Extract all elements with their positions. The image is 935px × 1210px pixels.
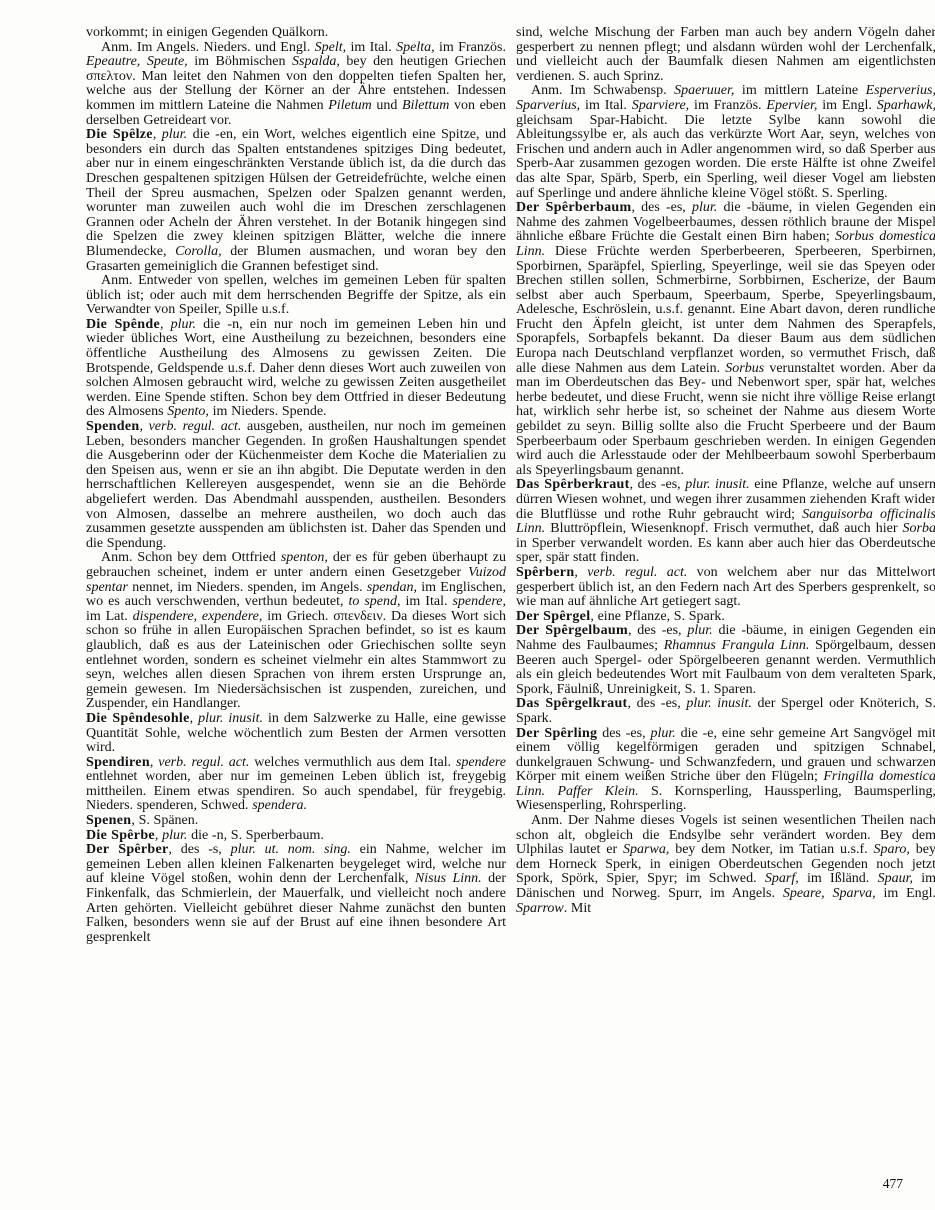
text-run: im Griech. σπενδειν. Da dieses Wort sich…	[86, 609, 506, 712]
headword: Die Spêndesohle	[86, 711, 190, 726]
text-run: im Böhmischen	[188, 54, 292, 69]
headword: Der Spêrling	[516, 726, 597, 741]
entry-paragraph: Spendiren, verb. regul. act. welches ver…	[86, 756, 506, 814]
right-column: sind, welche Mischung der Farben man auc…	[516, 26, 935, 945]
text-run: welches vermuthlich aus dem Ital.	[249, 755, 456, 770]
entry-paragraph: Der Spêrgelbaum, des -es, plur. die -bäu…	[516, 624, 935, 697]
text-run: , des -es,	[628, 623, 687, 638]
italic-run: plur.	[692, 200, 717, 215]
entry-paragraph: Der Spêrberbaum, des -es, plur. die -bäu…	[516, 201, 935, 478]
italic-run: Sparhawk,	[877, 98, 935, 113]
italic-run: spendere	[456, 755, 506, 770]
text-run: nennet, im Nieders. spenden, im Angels.	[128, 580, 367, 595]
text-run: , des -es,	[630, 477, 686, 492]
headword: Der Spêrberbaum	[516, 200, 631, 215]
italic-run: Spento,	[167, 404, 209, 419]
headword: Der Spêrgel	[516, 609, 590, 624]
text-run: im Ital.	[401, 594, 453, 609]
text-run: die -n, S. Sperberbaum.	[187, 828, 324, 843]
text-run: im Französ.	[689, 98, 766, 113]
entry-paragraph: Spenen, S. Spänen.	[86, 814, 506, 829]
headword: Das Spêrgelkraut	[516, 696, 628, 711]
text-run: gleichsam Spar-Habicht. Die letzte Sylbe…	[516, 113, 935, 201]
headword: Die Spêlze	[86, 127, 153, 142]
text-columns: vorkommt; in einigen Gegenden Quälkorn.A…	[86, 26, 935, 945]
italic-run: Spaur,	[878, 871, 913, 886]
text-run: im Nieders. Spende.	[209, 404, 327, 419]
text-run: im mittlern Lateine	[734, 83, 865, 98]
text-run: vorkommt; in einigen Gegenden Quälkorn.	[86, 25, 328, 40]
entry-paragraph: Die Spêndesohle, plur. inusit. in dem Sa…	[86, 712, 506, 756]
text-run: , des -es,	[631, 200, 692, 215]
headword: Die Spêrbe	[86, 828, 155, 843]
entry-paragraph: Der Spêrling des -es, plur. die -e, eine…	[516, 727, 935, 815]
text-run: ,	[150, 755, 158, 770]
entry-paragraph: Spenden, verb. regul. act. ausgeben, aus…	[86, 420, 506, 551]
text-run: im Lat.	[86, 609, 133, 624]
italic-run: spendan,	[367, 580, 417, 595]
text-run: Anm. Schon bey dem Ottfried	[101, 550, 281, 565]
text-run: . Mit	[564, 901, 591, 916]
italic-run: plur. inusit.	[686, 696, 752, 711]
text-run: im Ißländ.	[799, 871, 878, 886]
headword: Spenen	[86, 813, 131, 828]
annotation-paragraph: Anm. Im Schwabensp. Spaeruuer, im mittle…	[516, 84, 935, 201]
text-run: ,	[160, 317, 171, 332]
text-run: , des -es,	[628, 696, 687, 711]
text-run: ,	[153, 127, 162, 142]
page-number: 477	[883, 1176, 903, 1192]
entry-paragraph: Die Spêrbe, plur. die -n, S. Sperberbaum…	[86, 829, 506, 844]
italic-run: plur.	[162, 828, 187, 843]
text-run: Anm. Im Schwabensp.	[531, 83, 674, 98]
text-run: in Sperber verwandelt worden. Es kann ab…	[516, 536, 935, 566]
entry-paragraph: Spêrbern, verb. regul. act. von welchem …	[516, 566, 935, 610]
text-run: im Engl.	[876, 886, 935, 901]
annotation-paragraph: Anm. Schon bey dem Ottfried spenton, der…	[86, 551, 506, 712]
text-run: , S. Spänen.	[131, 813, 198, 828]
text-run: im Engl.	[817, 98, 876, 113]
italic-run: plur. ut. nom. sing.	[231, 842, 351, 857]
text-run: Diese Früchte werden Sperberbeeren, Sper…	[516, 244, 935, 376]
text-run: im Französ.	[435, 40, 506, 55]
italic-run: dispendere, expendere,	[133, 609, 263, 624]
italic-run: Spelta,	[396, 40, 435, 55]
italic-run: spenton,	[281, 550, 328, 565]
text-run: und	[372, 98, 402, 113]
annotation-paragraph: Anm. Im Angels. Nieders. und Engl. Spelt…	[86, 41, 506, 129]
italic-run: Sparviere,	[632, 98, 689, 113]
italic-run: Epeautre, Speute,	[86, 54, 188, 69]
italic-run: Sorba	[903, 521, 935, 536]
text-run: sind, welche Mischung der Farben man auc…	[516, 25, 935, 84]
italic-run: verb. regul. act.	[149, 419, 242, 434]
italic-run: Sparf,	[765, 871, 799, 886]
text-run: Anm. Im Angels. Nieders. und Engl.	[101, 40, 315, 55]
italic-run: to spend,	[348, 594, 400, 609]
text-run: ausgeben, austheilen, nur noch im gemein…	[86, 419, 506, 551]
italic-run: verb. regul. act.	[587, 565, 687, 580]
italic-run: Corolla,	[175, 244, 222, 259]
entry-paragraph: Der Spêrgel, eine Pflanze, S. Spark.	[516, 610, 935, 625]
headword: Das Spêrberkraut	[516, 477, 630, 492]
headword: Der Spêrgelbaum	[516, 623, 628, 638]
italic-run: plur.	[171, 317, 196, 332]
annotation-paragraph: Anm. Entweder von spellen, welches im ge…	[86, 274, 506, 318]
italic-run: Sparwa,	[623, 842, 669, 857]
italic-run: Spaeruuer,	[674, 83, 734, 98]
entry-paragraph: Das Spêrgelkraut, des -es, plur. inusit.…	[516, 697, 935, 726]
italic-run: verb. regul. act.	[158, 755, 249, 770]
italic-run: Epervier,	[766, 98, 817, 113]
italic-run: Speare, Sparva,	[783, 886, 876, 901]
text-run: im Ital.	[346, 40, 396, 55]
text-run: bey dem Notker, im Tatian u.s.f.	[669, 842, 873, 857]
headword: Die Spênde	[86, 317, 160, 332]
italic-run: Rhamnus Frangula Linn.	[664, 638, 810, 653]
headword: Der Spêrber	[86, 842, 169, 857]
italic-run: Spelt,	[315, 40, 347, 55]
dictionary-page: vorkommt; in einigen Gegenden Quälkorn.A…	[0, 0, 935, 1210]
text-run: verunstaltet worden. Aber da man im Ober…	[516, 361, 935, 478]
italic-run: plur.	[162, 127, 187, 142]
entry-paragraph: vorkommt; in einigen Gegenden Quälkorn.	[86, 26, 506, 41]
text-run: des -es,	[597, 726, 650, 741]
left-column: vorkommt; in einigen Gegenden Quälkorn.A…	[86, 26, 506, 945]
italic-run: spendera.	[252, 798, 307, 813]
text-run: ,	[574, 565, 587, 580]
italic-run: plur.	[650, 726, 675, 741]
text-run: , eine Pflanze, S. Spark.	[590, 609, 725, 624]
text-run: , des -s,	[169, 842, 231, 857]
italic-run: Sorbus	[725, 361, 764, 376]
text-run: Anm. Entweder von spellen, welches im ge…	[86, 273, 506, 317]
headword: Spêrbern	[516, 565, 574, 580]
italic-run: Sspalda,	[292, 54, 340, 69]
headword: Spendiren	[86, 755, 150, 770]
italic-run: Bilettum	[402, 98, 449, 113]
entry-paragraph: Der Spêrber, des -s, plur. ut. nom. sing…	[86, 843, 506, 945]
entry-paragraph: Die Spêlze, plur. die -en, ein Wort, wel…	[86, 128, 506, 274]
entry-paragraph: sind, welche Mischung der Farben man auc…	[516, 26, 935, 84]
italic-run: Sparo,	[873, 842, 909, 857]
text-run: im Ital.	[580, 98, 632, 113]
italic-run: plur.	[687, 623, 712, 638]
italic-run: Nisus Linn.	[415, 871, 482, 886]
text-run: Bluttröpflein, Wiesenknopf. Frisch vermu…	[545, 521, 902, 536]
italic-run: spendere,	[452, 594, 506, 609]
entry-paragraph: Das Spêrberkraut, des -es, plur. inusit.…	[516, 478, 935, 566]
headword: Spenden	[86, 419, 139, 434]
italic-run: Sparrow	[516, 901, 564, 916]
italic-run: Piletum	[328, 98, 372, 113]
italic-run: plur. inusit.	[685, 477, 749, 492]
text-run: ,	[139, 419, 148, 434]
text-run: ,	[190, 711, 199, 726]
entry-paragraph: Die Spênde, plur. die -n, ein nur noch i…	[86, 318, 506, 420]
annotation-paragraph: Anm. Der Nahme dieses Vogels ist seinen …	[516, 814, 935, 916]
italic-run: plur. inusit.	[198, 711, 263, 726]
text-run: die -en, ein Wort, welches eigentlich ei…	[86, 127, 506, 259]
